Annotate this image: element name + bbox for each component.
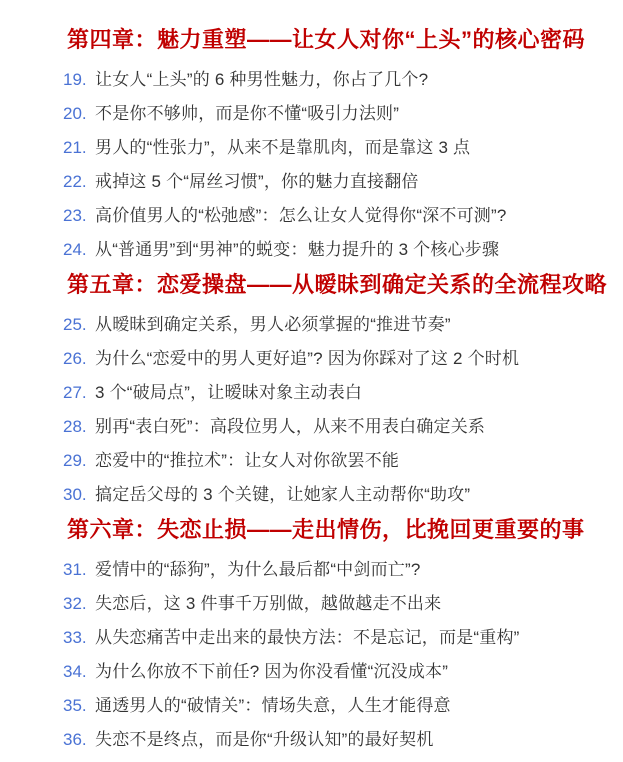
item-text: 从“普通男”到“男神”的蜕变：魅力提升的 3 个核心步骤 [95,238,499,262]
toc-item-23: 23. 高价值男人的“松弛感”：怎么让女人觉得你“深不可测”? [63,204,593,228]
item-text: 戒掉这 5 个“屌丝习惯”，你的魅力直接翻倍 [95,170,419,194]
item-text: 搞定岳父母的 3 个关键，让她家人主动帮你“助攻” [95,483,470,507]
item-text: 失恋后，这 3 件事千万别做，越做越走不出来 [95,592,441,616]
toc-item-21: 21. 男人的“性张力”，从来不是靠肌肉，而是靠这 3 点 [63,136,593,160]
toc-item-34: 34. 为什么你放不下前任? 因为你没看懂“沉没成本” [63,660,593,684]
item-number: 28. [63,415,88,439]
chapter-6-list: 31. 爱情中的“舔狗”，为什么最后都“中剑而亡”? 32. 失恋后，这 3 件… [63,558,593,752]
toc-item-36: 36. 失恋不是终点，而是你“升级认知”的最好契机 [63,728,593,752]
item-number: 27. [63,381,88,405]
item-text: 让女人“上头”的 6 种男性魅力，你占了几个? [95,68,428,92]
toc-item-24: 24. 从“普通男”到“男神”的蜕变：魅力提升的 3 个核心步骤 [63,238,593,262]
chapter-5-list: 25. 从暧昧到确定关系，男人必须掌握的“推进节奏” 26. 为什么“恋爱中的男… [63,313,593,507]
toc-item-22: 22. 戒掉这 5 个“屌丝习惯”，你的魅力直接翻倍 [63,170,593,194]
item-text: 高价值男人的“松弛感”：怎么让女人觉得你“深不可测”? [95,204,507,228]
toc-item-33: 33. 从失恋痛苦中走出来的最快方法：不是忘记，而是“重构” [63,626,593,650]
item-number: 25. [63,313,88,337]
item-number: 21. [63,136,88,160]
toc-item-26: 26. 为什么“恋爱中的男人更好追”? 因为你踩对了这 2 个时机 [63,347,593,371]
item-text: 从暧昧到确定关系，男人必须掌握的“推进节奏” [95,313,451,337]
toc-item-27: 27. 3 个“破局点”，让暧昧对象主动表白 [63,381,593,405]
item-text: 3 个“破局点”，让暧昧对象主动表白 [95,381,362,405]
toc-item-29: 29. 恋爱中的“推拉术”：让女人对你欲罢不能 [63,449,593,473]
item-number: 31. [63,558,88,582]
item-number: 33. [63,626,88,650]
item-text: 爱情中的“舔狗”，为什么最后都“中剑而亡”? [95,558,421,582]
item-number: 34. [63,660,88,684]
item-number: 22. [63,170,88,194]
item-text: 失恋不是终点，而是你“升级认知”的最好契机 [95,728,434,752]
item-number: 19. [63,68,88,92]
chapter-4-list: 19. 让女人“上头”的 6 种男性魅力，你占了几个? 20. 不是你不够帅，而… [63,68,593,262]
item-number: 32. [63,592,88,616]
item-number: 23. [63,204,88,228]
item-text: 不是你不够帅，而是你不懂“吸引力法则” [95,102,399,126]
chapter-5-title: 第五章：恋爱操盘——从暧昧到确定关系的全流程攻略 [67,272,593,298]
item-number: 24. [63,238,88,262]
toc-item-28: 28. 别再“表白死”：高段位男人，从来不用表白确定关系 [63,415,593,439]
toc-item-25: 25. 从暧昧到确定关系，男人必须掌握的“推进节奏” [63,313,593,337]
item-number: 26. [63,347,88,371]
item-text: 别再“表白死”：高段位男人，从来不用表白确定关系 [95,415,485,439]
toc-item-19: 19. 让女人“上头”的 6 种男性魅力，你占了几个? [63,68,593,92]
chapter-6-title: 第六章：失恋止损——走出情伤，比挽回更重要的事 [67,517,593,543]
item-text: 恋爱中的“推拉术”：让女人对你欲罢不能 [95,449,399,473]
item-number: 30. [63,483,88,507]
toc-item-20: 20. 不是你不够帅，而是你不懂“吸引力法则” [63,102,593,126]
item-text: 从失恋痛苦中走出来的最快方法：不是忘记，而是“重构” [95,626,520,650]
item-text: 男人的“性张力”，从来不是靠肌肉，而是靠这 3 点 [95,136,470,160]
toc-item-31: 31. 爱情中的“舔狗”，为什么最后都“中剑而亡”? [63,558,593,582]
item-text: 为什么“恋爱中的男人更好追”? 因为你踩对了这 2 个时机 [95,347,519,371]
toc-page: 第四章：魅力重塑——让女人对你“上头”的核心密码 19. 让女人“上头”的 6 … [0,0,623,752]
item-text: 为什么你放不下前任? 因为你没看懂“沉没成本” [95,660,448,684]
item-number: 29. [63,449,88,473]
toc-item-32: 32. 失恋后，这 3 件事千万别做，越做越走不出来 [63,592,593,616]
item-number: 36. [63,728,88,752]
item-number: 20. [63,102,88,126]
chapter-4-title: 第四章：魅力重塑——让女人对你“上头”的核心密码 [67,27,593,53]
item-number: 35. [63,694,88,718]
item-text: 通透男人的“破情关”：情场失意，人生才能得意 [95,694,451,718]
toc-item-30: 30. 搞定岳父母的 3 个关键，让她家人主动帮你“助攻” [63,483,593,507]
toc-item-35: 35. 通透男人的“破情关”：情场失意，人生才能得意 [63,694,593,718]
